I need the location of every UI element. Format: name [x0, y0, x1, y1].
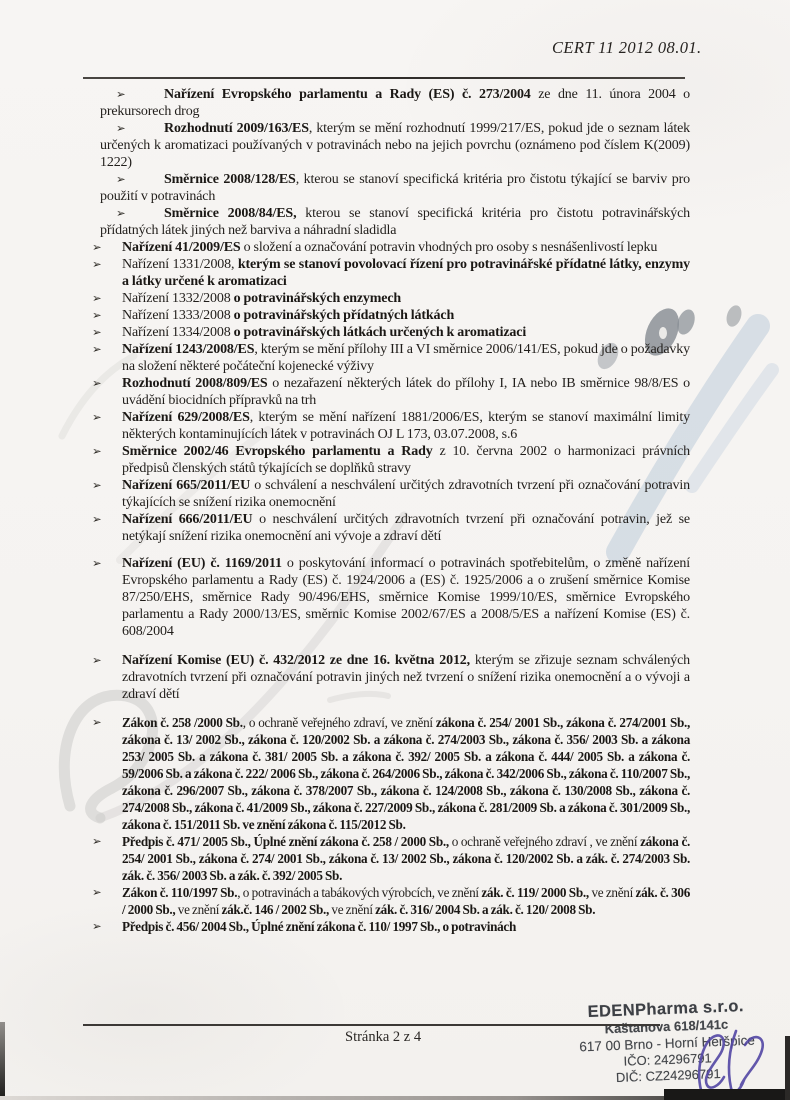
arrow-bullet-icon: ➢ — [116, 205, 126, 222]
arrow-bullet-icon: ➢ — [116, 171, 126, 188]
arrow-bullet-icon: ➢ — [92, 307, 102, 324]
scan-edge-right — [785, 1036, 790, 1100]
bold-text: Nařízení 1243/2008/ES — [122, 342, 254, 357]
arrow-bullet-icon: ➢ — [92, 477, 102, 494]
list-item: ➢Nařízení Komise (EU) č. 432/2012 ze dne… — [86, 652, 690, 703]
arrow-bullet-icon: ➢ — [92, 409, 102, 426]
bold-text: Nařízení Komise (EU) č. 432/2012 ze dne … — [122, 653, 470, 668]
list-item: ➢Nařízení 41/2009/ES o složení a označov… — [86, 239, 690, 256]
list-item: ➢Nařízení 1332/2008 o potravinářských en… — [86, 290, 690, 307]
bold-text: zák. č. 316/ 2004 Sb. a zák. č. 120/ 200… — [375, 902, 595, 917]
bold-text: Nařízení Evropského parlamentu a Rady (E… — [164, 87, 531, 102]
list-item: ➢Rozhodnutí 2008/809/ES o nezařazení něk… — [86, 375, 690, 409]
arrow-bullet-icon: ➢ — [92, 555, 102, 572]
arrow-bullet-icon: ➢ — [92, 239, 102, 256]
regular-text: Nařízení 1331/2008, — [122, 257, 238, 272]
bold-text: Rozhodnutí 2008/809/ES — [122, 376, 268, 391]
list-item: ➢Nařízení 1331/2008, kterým se stanoví p… — [86, 256, 690, 290]
list-item: ➢Směrnice 2008/84/ES, kterou se stanoví … — [86, 205, 690, 239]
regular-text: ve znění — [175, 902, 221, 917]
bold-text: zák.č. 146 / 2002 Sb., — [222, 902, 330, 917]
arrow-bullet-icon: ➢ — [92, 714, 101, 731]
bold-text: Směrnice 2008/128/ES — [164, 172, 296, 187]
regular-text: Nařízení 1334/2008 — [122, 325, 234, 340]
bold-text: Předpis č. 456/ 2004 Sb., Úplné znění zá… — [122, 919, 516, 934]
page-number: Stránka 2 z 4 — [345, 1029, 421, 1046]
arrow-bullet-icon: ➢ — [92, 443, 102, 460]
header-divider — [83, 77, 685, 79]
regular-text: , o ochraně veřejného zdraví, ve znění — [243, 715, 436, 730]
bold-text: Nařízení 665/2011/EU — [122, 478, 250, 493]
bold-text: zák. č. 119/ 2000 Sb., — [481, 885, 589, 900]
bold-text: o potravinářských přídatných látkách — [234, 308, 454, 323]
regular-text: ve znění — [329, 902, 375, 917]
list-item: ➢Nařízení (EU) č. 1169/2011 o poskytován… — [86, 555, 690, 640]
regular-text: , o potravinách a tabákových výrobcích, … — [237, 885, 481, 900]
bold-text: o potravinářských látkách určených k aro… — [234, 325, 526, 340]
scanned-page: CERT 11 2012 08.01. ➢Nařízení Evropského… — [0, 0, 790, 1100]
arrow-bullet-icon: ➢ — [116, 120, 126, 137]
bold-text: Zákon č. 110/1997 Sb. — [122, 885, 237, 900]
arrow-bullet-icon: ➢ — [92, 833, 101, 850]
list-item: ➢Nařízení 665/2011/EU o schválení a nesc… — [86, 477, 690, 511]
arrow-bullet-icon: ➢ — [92, 511, 102, 528]
list-item: ➢Zákon č. 110/1997 Sb., o potravinách a … — [86, 884, 690, 918]
list-item: ➢Směrnice 2008/128/ES, kterou se stanoví… — [86, 171, 690, 205]
list-item: ➢Rozhodnutí 2009/163/ES, kterým se mění … — [86, 120, 690, 171]
bold-text: Nařízení (EU) č. 1169/2011 — [122, 556, 282, 571]
arrow-bullet-icon: ➢ — [116, 86, 126, 103]
list-item: ➢Nařízení 1334/2008 o potravinářských lá… — [86, 324, 690, 341]
list-item: ➢Nařízení Evropského parlamentu a Rady (… — [86, 86, 690, 120]
bold-text: Směrnice 2002/46 Evropského parlamentu a… — [122, 444, 433, 459]
bold-text: Rozhodnutí 2009/163/ES — [164, 121, 309, 136]
regular-text: ve znění — [589, 885, 636, 900]
bold-text: Nařízení 629/2008/ES — [122, 410, 250, 425]
arrow-bullet-icon: ➢ — [92, 652, 102, 669]
bold-text: zákona č. 254/ 2001 Sb., zákona č. 274/2… — [122, 715, 690, 832]
list-item: ➢Předpis č. 456/ 2004 Sb., Úplné znění z… — [86, 918, 690, 935]
arrow-bullet-icon: ➢ — [92, 918, 101, 935]
regular-text: Nařízení 1332/2008 — [122, 291, 234, 306]
regular-text: o složení a označování potravin vhodných… — [241, 240, 658, 255]
list-item: ➢Zákon č. 258 /2000 Sb., o ochraně veřej… — [86, 714, 690, 833]
scan-edge-left — [0, 1022, 5, 1100]
arrow-bullet-icon: ➢ — [92, 290, 102, 307]
bold-text: Zákon č. 258 /2000 Sb. — [122, 715, 243, 730]
bold-text: Směrnice 2008/84/ES, — [164, 206, 296, 221]
company-stamp: EDENPharma s.r.o. Kaštanova 618/141c 617… — [554, 996, 779, 1088]
list-item: ➢Předpis č. 471/ 2005 Sb., Úplné znění z… — [86, 833, 690, 884]
bold-text: o potravinářských enzymech — [234, 291, 401, 306]
footer-divider — [83, 1024, 660, 1026]
scan-edge-bottom-right — [664, 1089, 790, 1100]
bold-text: Nařízení 41/2009/ES — [122, 240, 241, 255]
arrow-bullet-icon: ➢ — [92, 341, 102, 358]
arrow-bullet-icon: ➢ — [92, 884, 101, 901]
list-item: ➢Nařízení 1333/2008 o potravinářských př… — [86, 307, 690, 324]
list-item: ➢Nařízení 1243/2008/ES, kterým se mění p… — [86, 341, 690, 375]
regular-text: Nařízení 1333/2008 — [122, 308, 234, 323]
regulation-list: ➢Nařízení Evropského parlamentu a Rady (… — [86, 86, 690, 935]
regular-text: o ochraně veřejného zdraví , ve znění — [449, 834, 640, 849]
list-item: ➢Nařízení 629/2008/ES, kterým se mění na… — [86, 409, 690, 443]
bold-text: Nařízení 666/2011/EU — [122, 512, 253, 527]
arrow-bullet-icon: ➢ — [92, 324, 102, 341]
arrow-bullet-icon: ➢ — [92, 256, 102, 273]
list-item: ➢Směrnice 2002/46 Evropského parlamentu … — [86, 443, 690, 477]
arrow-bullet-icon: ➢ — [92, 375, 102, 392]
list-item: ➢Nařízení 666/2011/EU o neschválení urči… — [86, 511, 690, 545]
document-code: CERT 11 2012 08.01. — [552, 38, 702, 58]
bold-text: Předpis č. 471/ 2005 Sb., Úplné znění zá… — [122, 834, 449, 849]
